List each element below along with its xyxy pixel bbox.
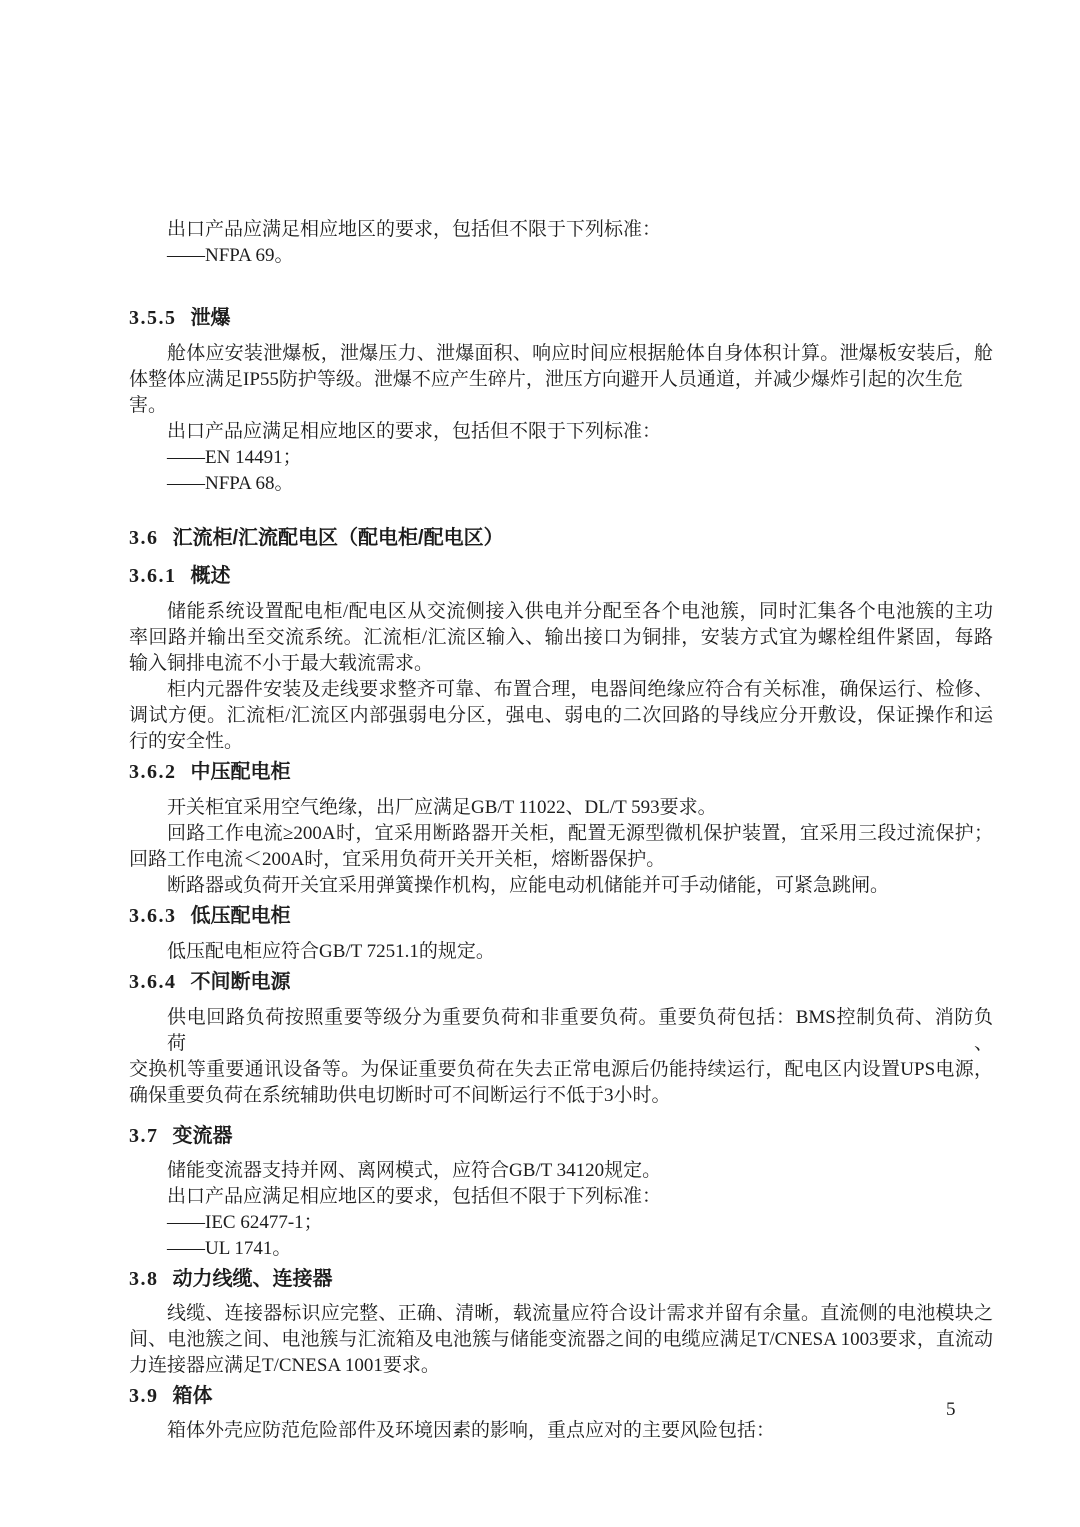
heading-3-6-2: 3.6.2中压配电柜 [129,759,993,785]
heading-3-5-5: 3.5.5泄爆 [129,305,993,331]
para-line: 柜内元器件安装及走线要求整齐可靠、布置合理，电器间绝缘应符合有关标准，确保运行、… [129,677,993,703]
heading-number: 3.6.1 [129,565,177,587]
heading-3-8: 3.8动力线缆、连接器 [129,1266,993,1292]
heading-title: 不间断电源 [191,971,291,993]
para-line: 回路工作电流≥200A时，宜采用断路器开关柜，配置无源型微机保护装置，宜采用三段… [129,821,993,847]
para-line: 储能系统设置配电柜/配电区从交流侧接入供电并分配至各个电池簇，同时汇集各个电池簇… [129,599,993,625]
heading-number: 3.6.2 [129,761,177,783]
para-line: 间、电池簇之间、电池簇与汇流箱及电池簇与储能变流器之间的电缆应满足T/CNESA… [129,1327,993,1353]
para-line: 箱体外壳应防范危险部件及环境因素的影响，重点应对的主要风险包括： [129,1418,993,1444]
heading-3-9: 3.9箱体 [129,1383,993,1409]
para-line: 体整体应满足IP55防护等级。泄爆不应产生碎片，泄压方向避开人员通道，并减少爆炸… [129,367,993,419]
heading-title: 动力线缆、连接器 [173,1268,333,1290]
heading-number: 3.9 [129,1385,159,1407]
heading-3-6-4: 3.6.4不间断电源 [129,969,993,995]
heading-title: 低压配电柜 [191,905,291,927]
para-line: 供电回路负荷按照重要等级分为重要负荷和非重要负荷。重要负荷包括：BMS控制负荷、… [129,1005,993,1057]
heading-number: 3.5.5 [129,307,177,329]
para-line: 舱体应安装泄爆板，泄爆压力、泄爆面积、响应时间应根据舱体自身体积计算。泄爆板安装… [129,341,993,367]
para-line: 力连接器应满足T/CNESA 1001要求。 [129,1353,993,1379]
para-line: 低压配电柜应符合GB/T 7251.1的规定。 [129,939,993,965]
para-line: 出口产品应满足相应地区的要求，包括但不限于下列标准： [129,419,993,445]
document-page: 出口产品应满足相应地区的要求，包括但不限于下列标准： ——NFPA 69。 3.… [0,0,1080,1527]
heading-title: 变流器 [173,1125,233,1147]
heading-title: 中压配电柜 [191,761,291,783]
standard-list-item: ——IEC 62477-1； [129,1210,993,1236]
heading-number: 3.6 [129,527,159,549]
heading-title: 泄爆 [191,307,231,329]
heading-title: 箱体 [173,1385,213,1407]
heading-number: 3.6.4 [129,971,177,993]
para-line: 输入铜排电流不小于最大载流需求。 [129,651,993,677]
heading-number: 3.8 [129,1268,159,1290]
para-line: 行的安全性。 [129,729,993,755]
para-line: 出口产品应满足相应地区的要求，包括但不限于下列标准： [129,1184,993,1210]
para-line: 确保重要负荷在系统辅助供电切断时可不间断运行不低于3小时。 [129,1083,993,1109]
para-line: 断路器或负荷开关宜采用弹簧操作机构，应能电动机储能并可手动储能，可紧急跳闸。 [129,873,993,899]
standard-list-item: ——NFPA 68。 [129,471,993,497]
para-line: 储能变流器支持并网、离网模式，应符合GB/T 34120规定。 [129,1158,993,1184]
standard-list-item: ——NFPA 69。 [129,243,993,269]
para-line: 交换机等重要通讯设备等。为保证重要负荷在失去正常电源后仍能持续运行，配电区内设置… [129,1057,993,1083]
document-content: 出口产品应满足相应地区的要求，包括但不限于下列标准： ——NFPA 69。 3.… [129,217,993,1444]
heading-number: 3.6.3 [129,905,177,927]
page-number: 5 [946,1397,956,1423]
para-line: 线缆、连接器标识应完整、正确、清晰，载流量应符合设计需求并留有余量。直流侧的电池… [129,1301,993,1327]
heading-3-6-1: 3.6.1概述 [129,563,993,589]
para-line: 调试方便。汇流柜/汇流区内部强弱电分区，强电、弱电的二次回路的导线应分开敷设，保… [129,703,993,729]
heading-number: 3.7 [129,1125,159,1147]
para-line: 回路工作电流＜200A时，宜采用负荷开关开关柜，熔断器保护。 [129,847,993,873]
heading-title: 汇流柜/汇流配电区（配电柜/配电区） [173,527,504,549]
heading-3-7: 3.7变流器 [129,1123,993,1149]
heading-title: 概述 [191,565,231,587]
standard-list-item: ——UL 1741。 [129,1236,993,1262]
heading-3-6-3: 3.6.3低压配电柜 [129,903,993,929]
para-line: 出口产品应满足相应地区的要求，包括但不限于下列标准： [129,217,993,243]
para-line: 率回路并输出至交流系统。汇流柜/汇流区输入、输出接口为铜排，安装方式宜为螺栓组件… [129,625,993,651]
heading-3-6: 3.6汇流柜/汇流配电区（配电柜/配电区） [129,525,993,551]
para-line: 开关柜宜采用空气绝缘，出厂应满足GB/T 11022、DL/T 593要求。 [129,795,993,821]
standard-list-item: ——EN 14491； [129,445,993,471]
